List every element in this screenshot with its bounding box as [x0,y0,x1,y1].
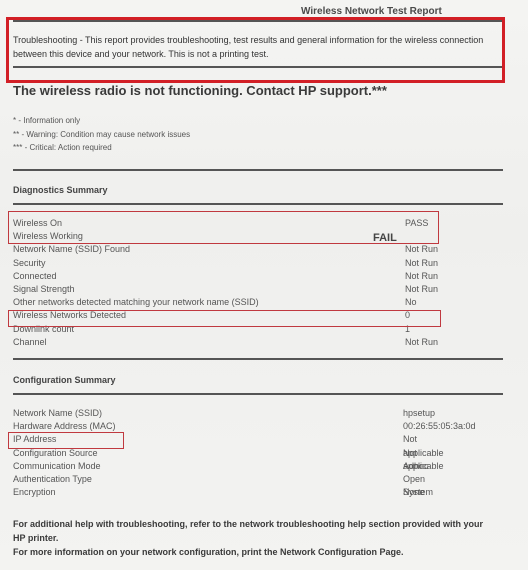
wireless-status-highlight-box [8,211,439,244]
legend-warning: ** - Warning: Condition may cause networ… [13,128,190,142]
row-label: Encryption [13,486,56,499]
row-label: Network Name (SSID) Found [13,243,130,256]
diagnostics-summary-title: Diagnostics Summary [13,185,108,195]
row-value: Adhoc [403,460,429,473]
row-value: Not Run [405,283,438,296]
divider [13,169,503,171]
footer-config-line: For more information on your network con… [13,545,493,559]
diag-row-connected: Connected Not Run [13,270,443,283]
cfg-row-ssid: Network Name (SSID) hpsetup [13,407,443,420]
networks-detected-highlight-box [8,310,441,327]
row-label: Network Name (SSID) [13,407,102,420]
diag-row-ssid-found: Network Name (SSID) Found Not Run [13,243,443,256]
wireless-test-report-page: Wireless Network Test Report Troubleshoo… [0,0,528,570]
row-label: Other networks detected matching your ne… [13,296,259,309]
cfg-row-encryption: Encryption None [13,486,443,499]
divider [13,203,503,205]
configuration-table: Network Name (SSID) hpsetup Hardware Add… [13,407,443,499]
footer-help-text: For additional help with troubleshooting… [13,517,493,559]
cfg-row-comm-mode: Communication Mode Adhoc [13,460,443,473]
footer-help-line: For additional help with troubleshooting… [13,517,493,545]
row-label: Signal Strength [13,283,75,296]
row-label: Connected [13,270,57,283]
row-label: Authentication Type [13,473,92,486]
severity-legend: * - Information only ** - Warning: Condi… [13,114,190,155]
row-value: hpsetup [403,407,435,420]
row-value: 00:26:55:05:3a:0d [403,420,476,433]
report-title: Wireless Network Test Report [301,6,442,17]
ip-address-highlight-box [8,432,124,449]
row-label: Channel [13,336,47,349]
divider [13,358,503,360]
diag-row-security: Security Not Run [13,257,443,270]
row-value: Not Run [405,336,438,349]
legend-critical: *** - Critical: Action required [13,141,190,155]
row-value: Not Run [405,243,438,256]
cfg-row-auth-type: Authentication Type Open System [13,473,443,486]
intro-highlight-box [6,17,505,83]
legend-info: * - Information only [13,114,190,128]
row-value: No [405,296,417,309]
row-value: None [403,486,425,499]
diag-row-signal-strength: Signal Strength Not Run [13,283,443,296]
row-value: Not Run [405,257,438,270]
row-label: Security [13,257,46,270]
row-label: Communication Mode [13,460,101,473]
row-value: Not Run [405,270,438,283]
diag-row-channel: Channel Not Run [13,336,443,349]
divider [13,393,503,395]
diag-row-other-networks: Other networks detected matching your ne… [13,296,443,309]
configuration-summary-title: Configuration Summary [13,375,116,385]
critical-message: The wireless radio is not functioning. C… [13,83,387,98]
